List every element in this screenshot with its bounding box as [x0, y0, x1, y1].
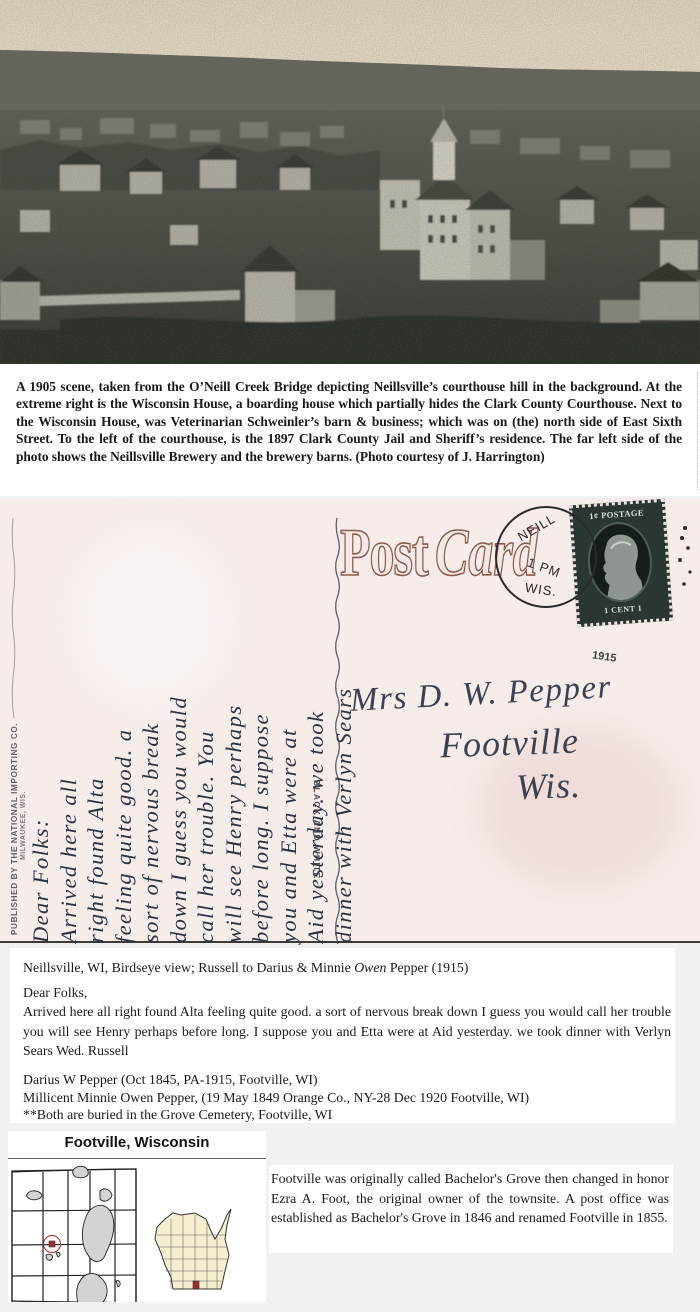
title-text: Neillsville, WI, Birdseye view; Russell … — [23, 960, 354, 975]
letter-salutation: Dear Folks, — [23, 985, 87, 1001]
letter-body: Arrived here all right found Alta feelin… — [23, 1002, 671, 1061]
address-town: Footville — [439, 720, 579, 767]
handwritten-line: before long. I suppose — [247, 528, 275, 943]
handwritten-line: Dear Folks: — [27, 528, 55, 943]
handwritten-message: Dear Folks: Arrived here all right found… — [27, 528, 357, 943]
title-maiden-name: Owen — [354, 960, 386, 975]
burial-note: **Both are buried in the Grove Cemetery,… — [23, 1106, 529, 1124]
handwritten-line: Arrived here all — [55, 528, 83, 943]
footville-description-box: Footville was originally called Bachelor… — [269, 1165, 673, 1253]
town-birdseye-image — [0, 0, 700, 364]
photo-caption-box: A 1905 scene, taken from the O’Neill Cre… — [0, 364, 700, 496]
publisher-city-imprint: MILWAUKEE, WIS. — [20, 791, 27, 860]
handwritten-line: Aid yesterday. we took — [302, 528, 330, 943]
handwritten-line: feeling quite good. a — [110, 528, 138, 943]
footville-description: Footville was originally called Bachelor… — [271, 1169, 669, 1228]
handwritten-line: will see Henry perhaps — [220, 528, 248, 943]
letter-transcription: Neillsville, WI, Birdseye view; Russell … — [10, 948, 675, 1123]
handwritten-line: sort of nervous break — [137, 528, 165, 943]
handwritten-line: call her trouble. You — [192, 528, 220, 943]
stamp-label: 1¢ POSTAGE — [578, 507, 655, 522]
logo-post: Post — [340, 513, 428, 591]
stamp-value: 1 CENT 1 — [585, 602, 661, 616]
postcard-title: Neillsville, WI, Birdseye view; Russell … — [23, 960, 468, 976]
handwritten-line: right found Alta — [82, 528, 110, 943]
historic-town-photo — [0, 0, 700, 364]
genealogy-notes: Darius W Pepper (Oct 1845, PA-1915, Foot… — [23, 1071, 529, 1124]
cancellation-marks — [660, 520, 700, 610]
series-imprint: BLACK AND WHITE — [312, 780, 322, 879]
footville-locator-map — [8, 1131, 266, 1302]
publisher-imprint: PUBLISHED BY THE NATIONAL IMPORTING CO. — [10, 723, 19, 935]
person-entry: Darius W Pepper (Oct 1845, PA-1915, Foot… — [23, 1071, 529, 1089]
photo-caption: A 1905 scene, taken from the O’Neill Cre… — [16, 378, 682, 465]
title-text: Pepper (1915) — [386, 960, 468, 975]
footville-infobox: Footville, Wisconsin — [8, 1131, 266, 1302]
handwritten-line: you and Etta were at — [275, 528, 303, 943]
address-state: Wis. — [515, 764, 581, 808]
handwritten-line: down I guess you would — [165, 528, 193, 943]
person-entry: Millicent Minnie Owen Pepper, (19 May 18… — [23, 1089, 529, 1107]
caption-border-decoration — [697, 372, 698, 490]
portrait-icon — [587, 522, 652, 602]
